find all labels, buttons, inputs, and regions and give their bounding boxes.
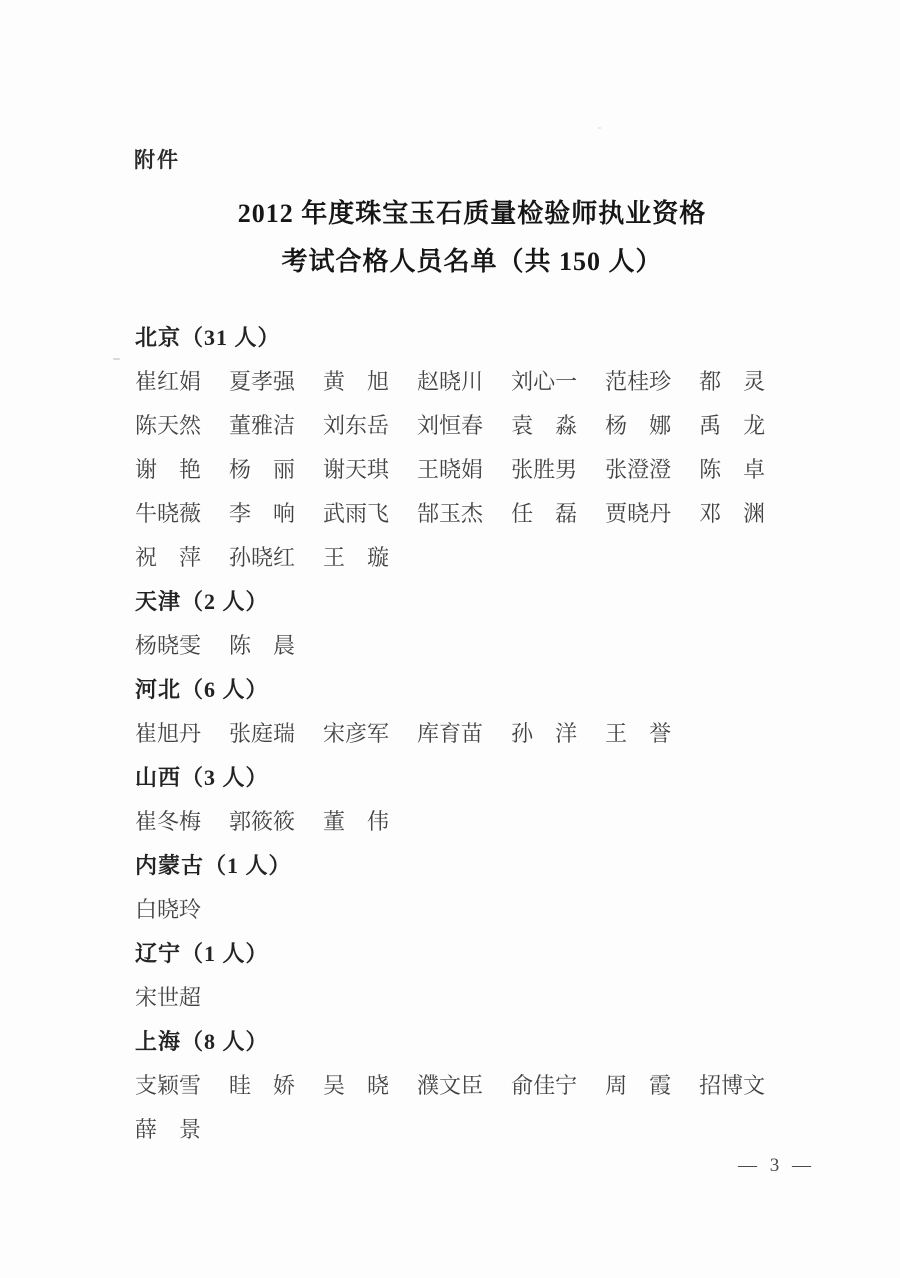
person-name: 杨 娜 xyxy=(605,409,671,440)
person-name: 孙 洋 xyxy=(511,717,577,748)
person-name: 牛晓薇 xyxy=(135,497,201,528)
name-row: 崔旭丹张庭瑞宋彦军库育苗孙 洋王 誉 xyxy=(135,710,780,754)
scan-artifact xyxy=(598,127,601,129)
name-row: 祝 萍孙晓红王 璇 xyxy=(135,534,780,578)
person-name: 张胜男 xyxy=(511,453,577,484)
person-name: 武雨飞 xyxy=(323,497,389,528)
person-name: 崔冬梅 xyxy=(135,805,201,836)
province-section: 上海（8 人）支颖雪眭 娇吴 晓濮文臣俞佳宁周 霞招博文薛 景 xyxy=(135,1018,780,1150)
person-name: 李 响 xyxy=(229,497,295,528)
person-name: 宋世超 xyxy=(135,981,201,1012)
name-row: 陈天然董雅洁刘东岳刘恒春袁 淼杨 娜禹 龙 xyxy=(135,402,780,446)
province-section: 天津（2 人）杨晓雯陈 晨 xyxy=(135,578,780,666)
province-section: 河北（6 人）崔旭丹张庭瑞宋彦军库育苗孙 洋王 誉 xyxy=(135,666,780,754)
person-name: 郜玉杰 xyxy=(417,497,483,528)
province-header: 天津（2 人） xyxy=(135,578,780,622)
province-section: 山西（3 人）崔冬梅郭筱筱董 伟 xyxy=(135,754,780,842)
person-name: 赵晓川 xyxy=(417,365,483,396)
province-header: 辽宁（1 人） xyxy=(135,930,780,974)
scan-artifact xyxy=(113,358,120,360)
person-name: 孙晓红 xyxy=(229,541,295,572)
person-name: 陈 晨 xyxy=(229,629,295,660)
name-row: 薛 景 xyxy=(135,1106,780,1150)
person-name: 董雅洁 xyxy=(229,409,295,440)
person-name: 白晓玲 xyxy=(135,893,201,924)
person-name: 薛 景 xyxy=(135,1113,201,1144)
person-name: 刘心一 xyxy=(511,365,577,396)
person-name: 杨晓雯 xyxy=(135,629,201,660)
person-name: 贾晓丹 xyxy=(605,497,671,528)
person-name: 陈 卓 xyxy=(699,453,765,484)
person-name: 崔旭丹 xyxy=(135,717,201,748)
province-header: 内蒙古（1 人） xyxy=(135,842,780,886)
document-title: 2012 年度珠宝玉石质量检验师执业资格 考试合格人员名单（共 150 人） xyxy=(42,190,900,286)
person-name: 范桂珍 xyxy=(605,365,671,396)
person-name: 谢天琪 xyxy=(323,453,389,484)
name-row: 崔红娟夏孝强黄 旭赵晓川刘心一范桂珍都 灵 xyxy=(135,358,780,402)
person-name: 王 誉 xyxy=(605,717,671,748)
page-number: — 3 — xyxy=(738,1155,815,1177)
document-page: 附件 2012 年度珠宝玉石质量检验师执业资格 考试合格人员名单（共 150 人… xyxy=(0,0,900,1278)
person-name: 黄 旭 xyxy=(323,365,389,396)
province-section: 北京（31 人）崔红娟夏孝强黄 旭赵晓川刘心一范桂珍都 灵陈天然董雅洁刘东岳刘恒… xyxy=(135,314,780,578)
person-name: 董 伟 xyxy=(323,805,389,836)
person-name: 陈天然 xyxy=(135,409,201,440)
person-name: 俞佳宁 xyxy=(511,1069,577,1100)
title-line-1: 2012 年度珠宝玉石质量检验师执业资格 xyxy=(42,190,900,238)
person-name: 邓 渊 xyxy=(699,497,765,528)
person-name: 谢 艳 xyxy=(135,453,201,484)
person-name: 张澄澄 xyxy=(605,453,671,484)
attachment-label: 附件 xyxy=(134,144,180,174)
name-list-sections: 北京（31 人）崔红娟夏孝强黄 旭赵晓川刘心一范桂珍都 灵陈天然董雅洁刘东岳刘恒… xyxy=(135,314,780,1150)
province-header: 山西（3 人） xyxy=(135,754,780,798)
person-name: 夏孝强 xyxy=(229,365,295,396)
person-name: 宋彦军 xyxy=(323,717,389,748)
person-name: 刘恒春 xyxy=(417,409,483,440)
person-name: 都 灵 xyxy=(699,365,765,396)
person-name: 吴 晓 xyxy=(323,1069,389,1100)
person-name: 王晓娟 xyxy=(417,453,483,484)
name-row: 宋世超 xyxy=(135,974,780,1018)
province-header: 北京（31 人） xyxy=(135,314,780,358)
person-name: 周 霞 xyxy=(605,1069,671,1100)
person-name: 袁 淼 xyxy=(511,409,577,440)
person-name: 任 磊 xyxy=(511,497,577,528)
person-name: 郭筱筱 xyxy=(229,805,295,836)
title-line-2: 考试合格人员名单（共 150 人） xyxy=(42,238,900,286)
province-header: 河北（6 人） xyxy=(135,666,780,710)
person-name: 张庭瑞 xyxy=(229,717,295,748)
person-name: 库育苗 xyxy=(417,717,483,748)
person-name: 祝 萍 xyxy=(135,541,201,572)
name-row: 崔冬梅郭筱筱董 伟 xyxy=(135,798,780,842)
name-row: 牛晓薇李 响武雨飞郜玉杰任 磊贾晓丹邓 渊 xyxy=(135,490,780,534)
person-name: 濮文臣 xyxy=(417,1069,483,1100)
person-name: 崔红娟 xyxy=(135,365,201,396)
person-name: 禹 龙 xyxy=(699,409,765,440)
name-row: 白晓玲 xyxy=(135,886,780,930)
person-name: 支颖雪 xyxy=(135,1069,201,1100)
person-name: 招博文 xyxy=(699,1069,765,1100)
name-row: 谢 艳杨 丽谢天琪王晓娟张胜男张澄澄陈 卓 xyxy=(135,446,780,490)
person-name: 王 璇 xyxy=(323,541,389,572)
province-header: 上海（8 人） xyxy=(135,1018,780,1062)
person-name: 眭 娇 xyxy=(229,1069,295,1100)
province-section: 辽宁（1 人）宋世超 xyxy=(135,930,780,1018)
name-row: 杨晓雯陈 晨 xyxy=(135,622,780,666)
province-section: 内蒙古（1 人）白晓玲 xyxy=(135,842,780,930)
person-name: 刘东岳 xyxy=(323,409,389,440)
name-row: 支颖雪眭 娇吴 晓濮文臣俞佳宁周 霞招博文 xyxy=(135,1062,780,1106)
person-name: 杨 丽 xyxy=(229,453,295,484)
